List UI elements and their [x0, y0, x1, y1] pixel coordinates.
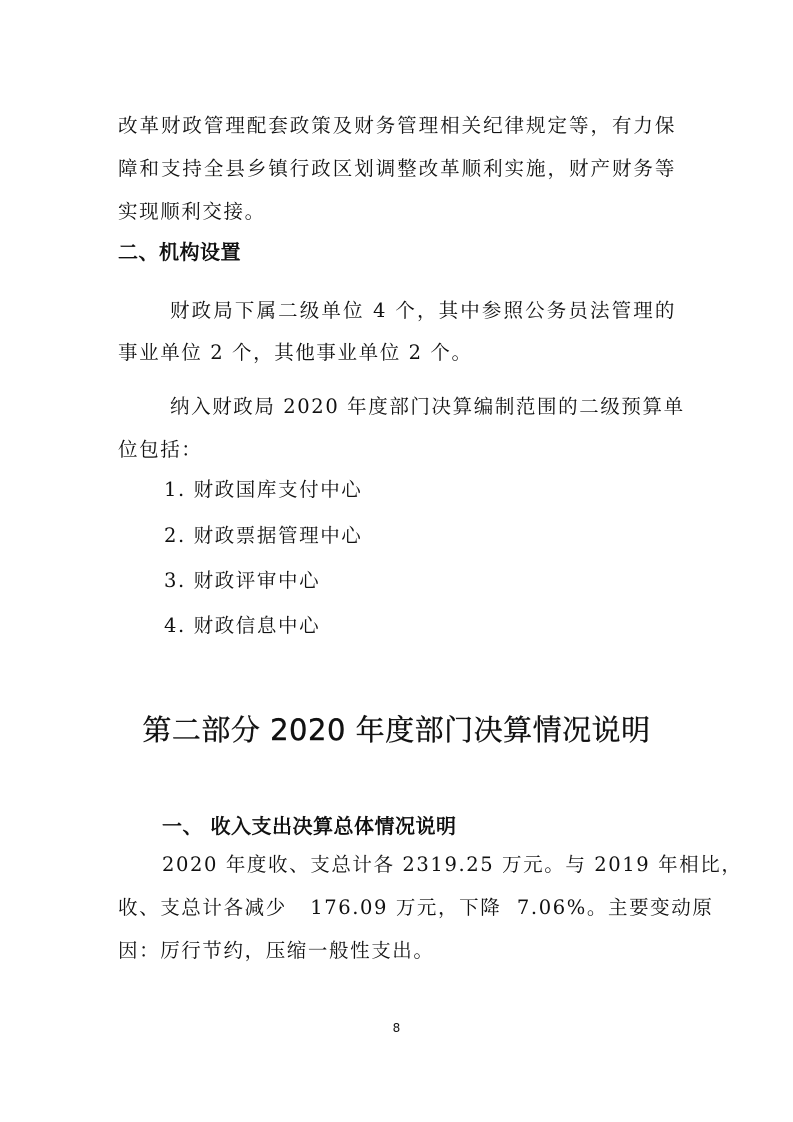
list-item-unit: 1. 财政国库支付中心	[164, 477, 362, 503]
page-number: 8	[0, 1021, 793, 1035]
list-item-unit: 2. 财政票据管理中心	[164, 523, 362, 549]
paragraph-line: 因：厉行节约，压缩一般性支出。	[118, 938, 435, 964]
paragraph-line: 2020 年度收、支总计各 2319.25 万元。与 2019 年相比，	[162, 852, 676, 878]
paragraph-line: 实现顺利交接。	[118, 199, 266, 225]
section-heading-org: 二、机构设置	[118, 236, 241, 265]
list-item-unit: 3. 财政评审中心	[164, 568, 320, 594]
paragraph-line: 事业单位 2 个，其他事业单位 2 个。	[118, 340, 473, 366]
paragraph-line: 收、支总计各减少 176.09 万元，下降 7.06%。主要变动原	[118, 895, 676, 921]
paragraph-line: 位包括：	[118, 437, 202, 463]
paragraph-line: 财政局下属二级单位 4 个，其中参照公务员法管理的	[170, 298, 676, 324]
part-title: 第二部分 2020 年度部门决算情况说明	[0, 708, 793, 749]
paragraph-line: 纳入财政局 2020 年度部门决算编制范围的二级预算单	[170, 394, 676, 420]
section-heading-overview: 一、 收入支出决算总体情况说明	[162, 810, 456, 839]
paragraph-line: 改革财政管理配套政策及财务管理相关纪律规定等，有力保	[118, 113, 676, 139]
document-page: 改革财政管理配套政策及财务管理相关纪律规定等，有力保 障和支持全县乡镇行政区划调…	[0, 0, 793, 1122]
list-item-unit: 4. 财政信息中心	[164, 613, 320, 639]
paragraph-line: 障和支持全县乡镇行政区划调整改革顺利实施，财产财务等	[118, 156, 676, 182]
